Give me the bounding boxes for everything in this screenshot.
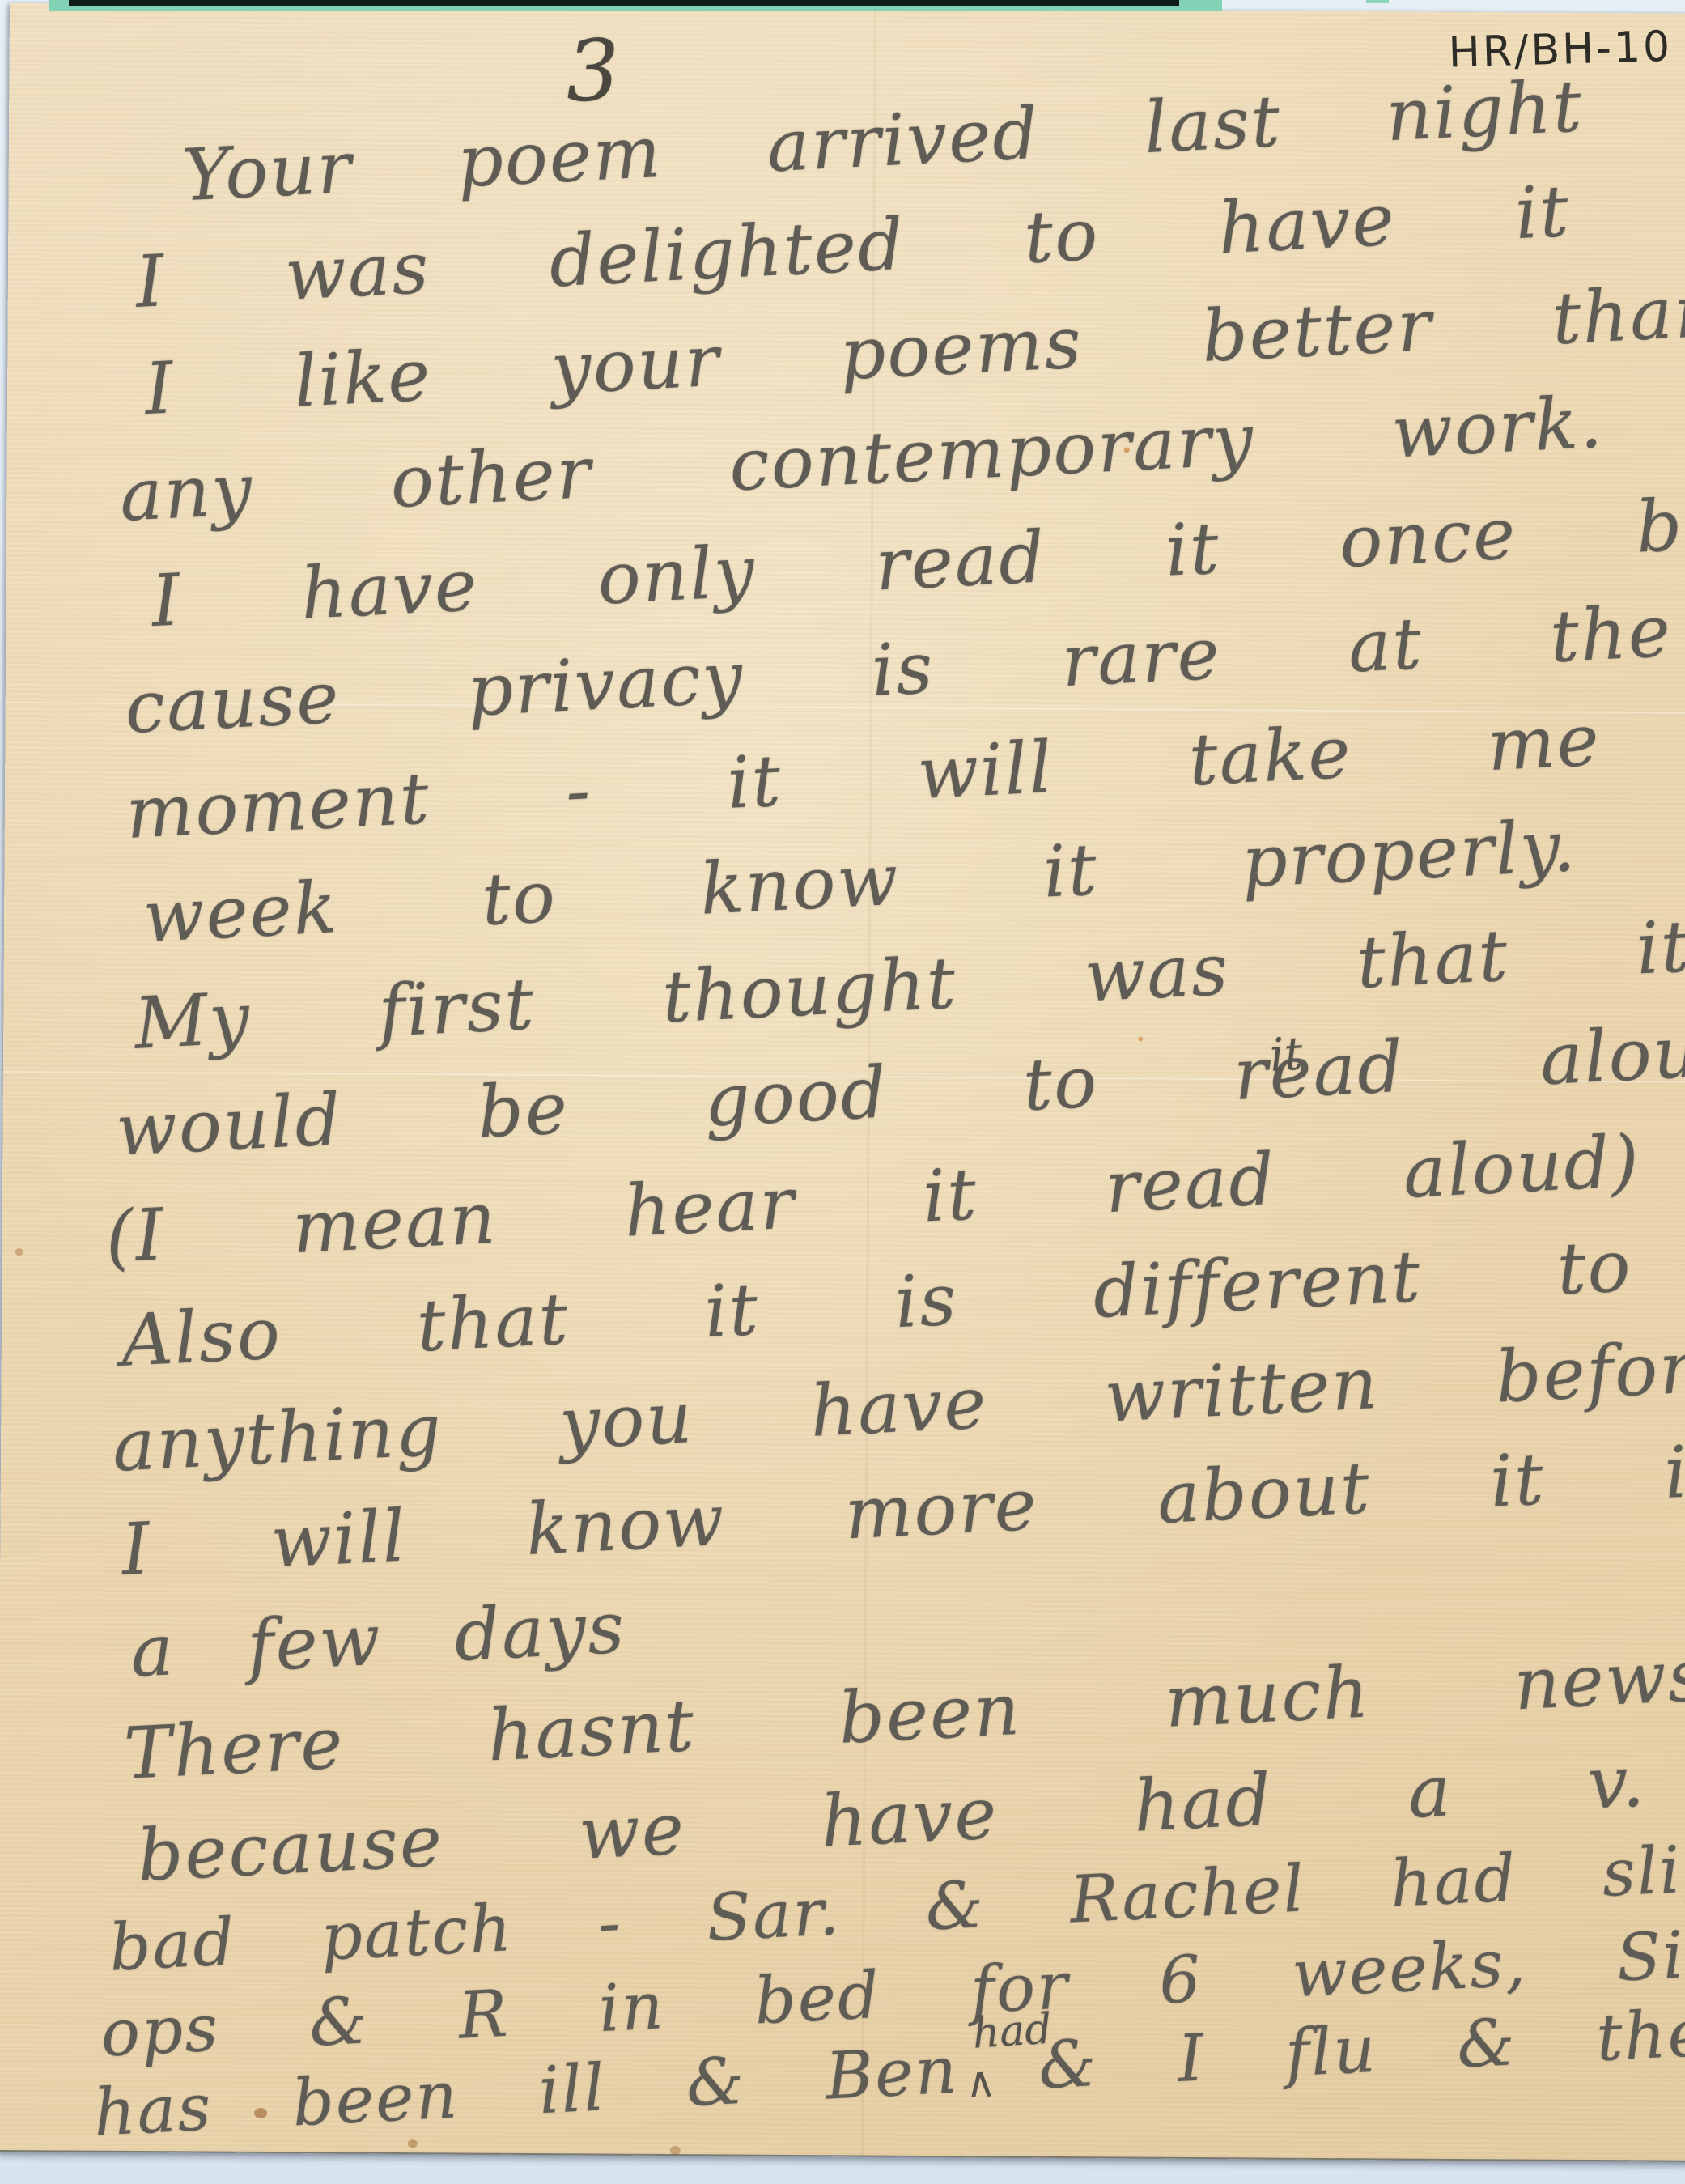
- paper-stain: [15, 1248, 23, 1256]
- paper-stain: [408, 2139, 418, 2148]
- page-number: 3: [565, 20, 622, 121]
- letter-page: 3 HR/BH-10 Your poem arrived last night …: [0, 3, 1685, 2162]
- paper-stain: [670, 2146, 681, 2155]
- caret-mark: ∧: [964, 2061, 997, 2105]
- scan-edge-strip-dark: [69, 0, 1179, 6]
- handwriting-line: a few days: [129, 1592, 627, 1688]
- inserted-word-had: had: [971, 2008, 1053, 2055]
- inserted-word-it: it: [1268, 1031, 1304, 1078]
- scan-background: 3 HR/BH-10 Your poem arrived last night …: [0, 0, 1685, 2184]
- scan-edge-speck: [1366, 0, 1389, 3]
